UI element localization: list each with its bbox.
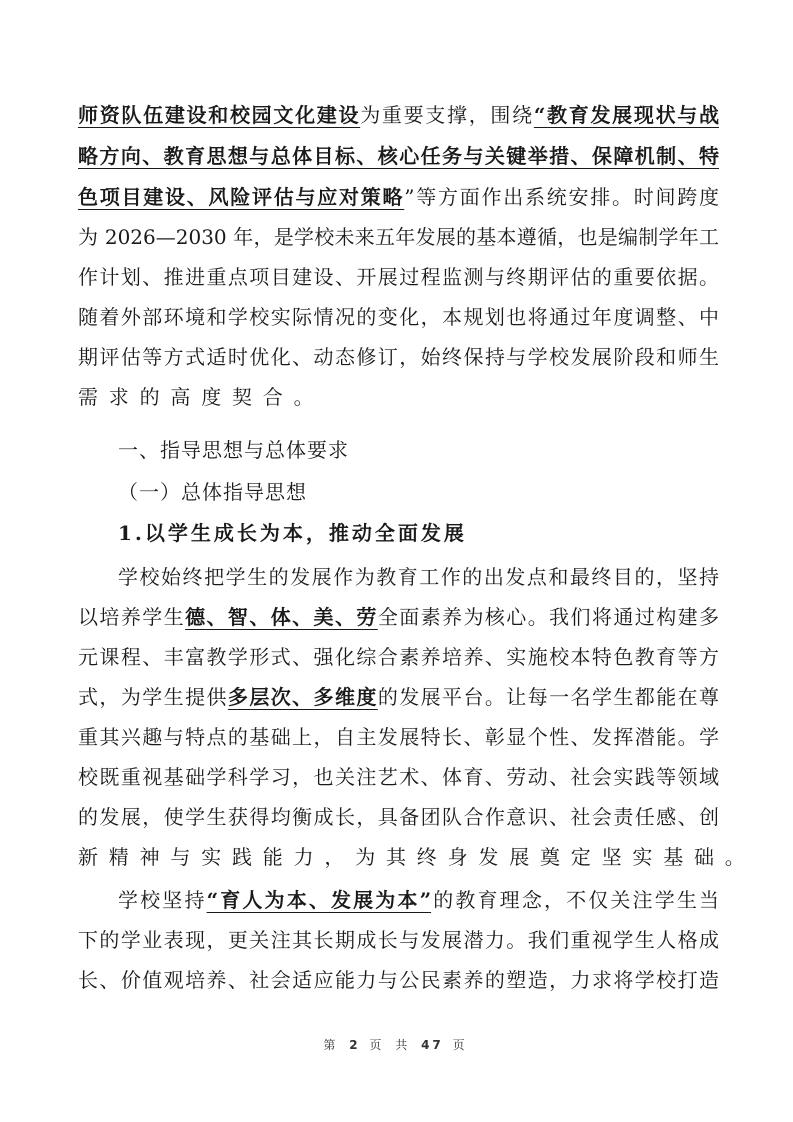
section-heading-1: 一、指导思想与总体要求 <box>118 430 349 470</box>
footer-suffix: 页 <box>453 1038 470 1052</box>
current-page-number: 2 <box>349 1038 360 1052</box>
intro-line-6: 随着外部环境和学校实际情况的变化，本规划也将通过年度调整、中 <box>78 297 719 337</box>
footer-prefix: 第 <box>323 1038 340 1052</box>
text-run: 重其兴趣与特点的基础上，自主发展特长、彰显个性、发挥潜能。学 <box>78 725 719 749</box>
text-run: ”等方面作出系统安排。时间跨度 <box>404 185 719 209</box>
emphasized-text: “教育发展现状与战 <box>534 103 719 127</box>
intro-line-2: 略方向、教育思想与总体目标、核心任务与关键举措、保障机制、特 <box>78 136 719 176</box>
text-run: 的发展，使学生获得均衡成长，具备团队合作意识、社会责任感、创 <box>78 805 719 829</box>
text-run: 以培养学生 <box>78 605 185 629</box>
text-run: 为 2026—2030 年，是学校未来五年发展的基本遵循，也是编制学年工 <box>78 225 719 249</box>
text-run: 元课程、丰富教学形式、强化综合素养培养、实施校本特色教育等方 <box>78 645 719 669</box>
para1-line-6: 校既重视基础学科学习，也关注艺术、体育、劳动、社会实践等领域 <box>78 757 719 797</box>
para1-line-3: 元课程、丰富教学形式、强化综合素养培养、实施校本特色教育等方 <box>78 637 719 677</box>
text-run: 学校始终把学生的发展作为教育工作的出发点和最终目的，坚持 <box>118 565 719 589</box>
para1-line-8: 新精神与实践能力，为其终身发展奠定坚实基础。 <box>78 837 719 877</box>
section-heading-2: （一）总体指导思想 <box>118 472 307 512</box>
text-run: 学校坚持 <box>118 888 207 912</box>
text-run: 为重要支撑，围绕 <box>360 103 534 127</box>
para1-line-4: 式，为学生提供多层次、多维度的发展平台。让每一名学生都能在尊 <box>78 677 719 717</box>
para1-line-7: 的发展，使学生获得均衡成长，具备团队合作意识、社会责任感、创 <box>78 797 719 837</box>
text-run: 新精神与实践能力，为其终身发展奠定坚实基础。 <box>78 845 756 869</box>
text-run: 下的学业表现，更关注其长期成长与发展潜力。我们重视学生人格成 <box>78 928 719 952</box>
text-run: 的教育理念，不仅关注学生当 <box>431 888 719 912</box>
emphasized-text: “育人为本、发展为本” <box>207 888 431 912</box>
intro-line-7: 期评估等方式适时优化、动态修订，始终保持与学校发展阶段和师生 <box>78 337 719 377</box>
intro-line-1: 师资队伍建设和校园文化建设为重要支撑，围绕“教育发展现状与战 <box>78 95 719 135</box>
text-run: 的发展平台。让每一名学生都能在尊 <box>378 685 719 709</box>
emphasized-text: 师资队伍建设和校园文化建设 <box>78 103 360 127</box>
intro-line-8: 需求的高度契合。 <box>78 377 719 417</box>
document-page: 师资队伍建设和校园文化建设为重要支撑，围绕“教育发展现状与战 略方向、教育思想与… <box>0 0 793 1122</box>
para2-line-3: 长、价值观培养、社会适应能力与公民素养的塑造，力求将学校打造 <box>78 960 719 1000</box>
total-pages-number: 47 <box>421 1038 444 1052</box>
intro-line-3: 色项目建设、风险评估与应对策略”等方面作出系统安排。时间跨度 <box>78 177 719 217</box>
text-run: 长、价值观培养、社会适应能力与公民素养的塑造，力求将学校打造 <box>78 968 719 992</box>
para1-line-2: 以培养学生德、智、体、美、劳全面素养为核心。我们将通过构建多 <box>78 597 719 637</box>
text-run: 式，为学生提供 <box>78 685 228 709</box>
text-run: 需求的高度契合。 <box>78 385 324 409</box>
page-footer: 第 2 页 共 47 页 <box>0 1037 793 1053</box>
emphasized-text: 德、智、体、美、劳 <box>185 605 378 629</box>
para1-line-1: 学校始终把学生的发展作为教育工作的出发点和最终目的，坚持 <box>118 557 719 597</box>
emphasized-text: 多层次、多维度 <box>228 685 378 709</box>
para2-line-1: 学校坚持“育人为本、发展为本”的教育理念，不仅关注学生当 <box>118 880 719 920</box>
text-run: 期评估等方式适时优化、动态修订，始终保持与学校发展阶段和师生 <box>78 345 719 369</box>
text-run: 作计划、推进重点项目建设、开展过程监测与终期评估的重要依据。 <box>78 265 719 289</box>
para1-line-5: 重其兴趣与特点的基础上，自主发展特长、彰显个性、发挥潜能。学 <box>78 717 719 757</box>
text-run: 全面素养为核心。我们将通过构建多 <box>378 605 719 629</box>
intro-line-4: 为 2026—2030 年，是学校未来五年发展的基本遵循，也是编制学年工 <box>78 217 719 257</box>
text-run: 随着外部环境和学校实际情况的变化，本规划也将通过年度调整、中 <box>78 305 719 329</box>
emphasized-text: 色项目建设、风险评估与应对策略 <box>78 185 404 209</box>
intro-line-5: 作计划、推进重点项目建设、开展过程监测与终期评估的重要依据。 <box>78 257 719 297</box>
section-heading-3: 1.以学生成长为本，推动全面发展 <box>118 513 467 553</box>
para2-line-2: 下的学业表现，更关注其长期成长与发展潜力。我们重视学生人格成 <box>78 920 719 960</box>
emphasized-text: 略方向、教育思想与总体目标、核心任务与关键举措、保障机制、特 <box>78 144 719 168</box>
footer-middle: 页 共 <box>369 1038 412 1052</box>
text-run: 校既重视基础学科学习，也关注艺术、体育、劳动、社会实践等领域 <box>78 765 719 789</box>
